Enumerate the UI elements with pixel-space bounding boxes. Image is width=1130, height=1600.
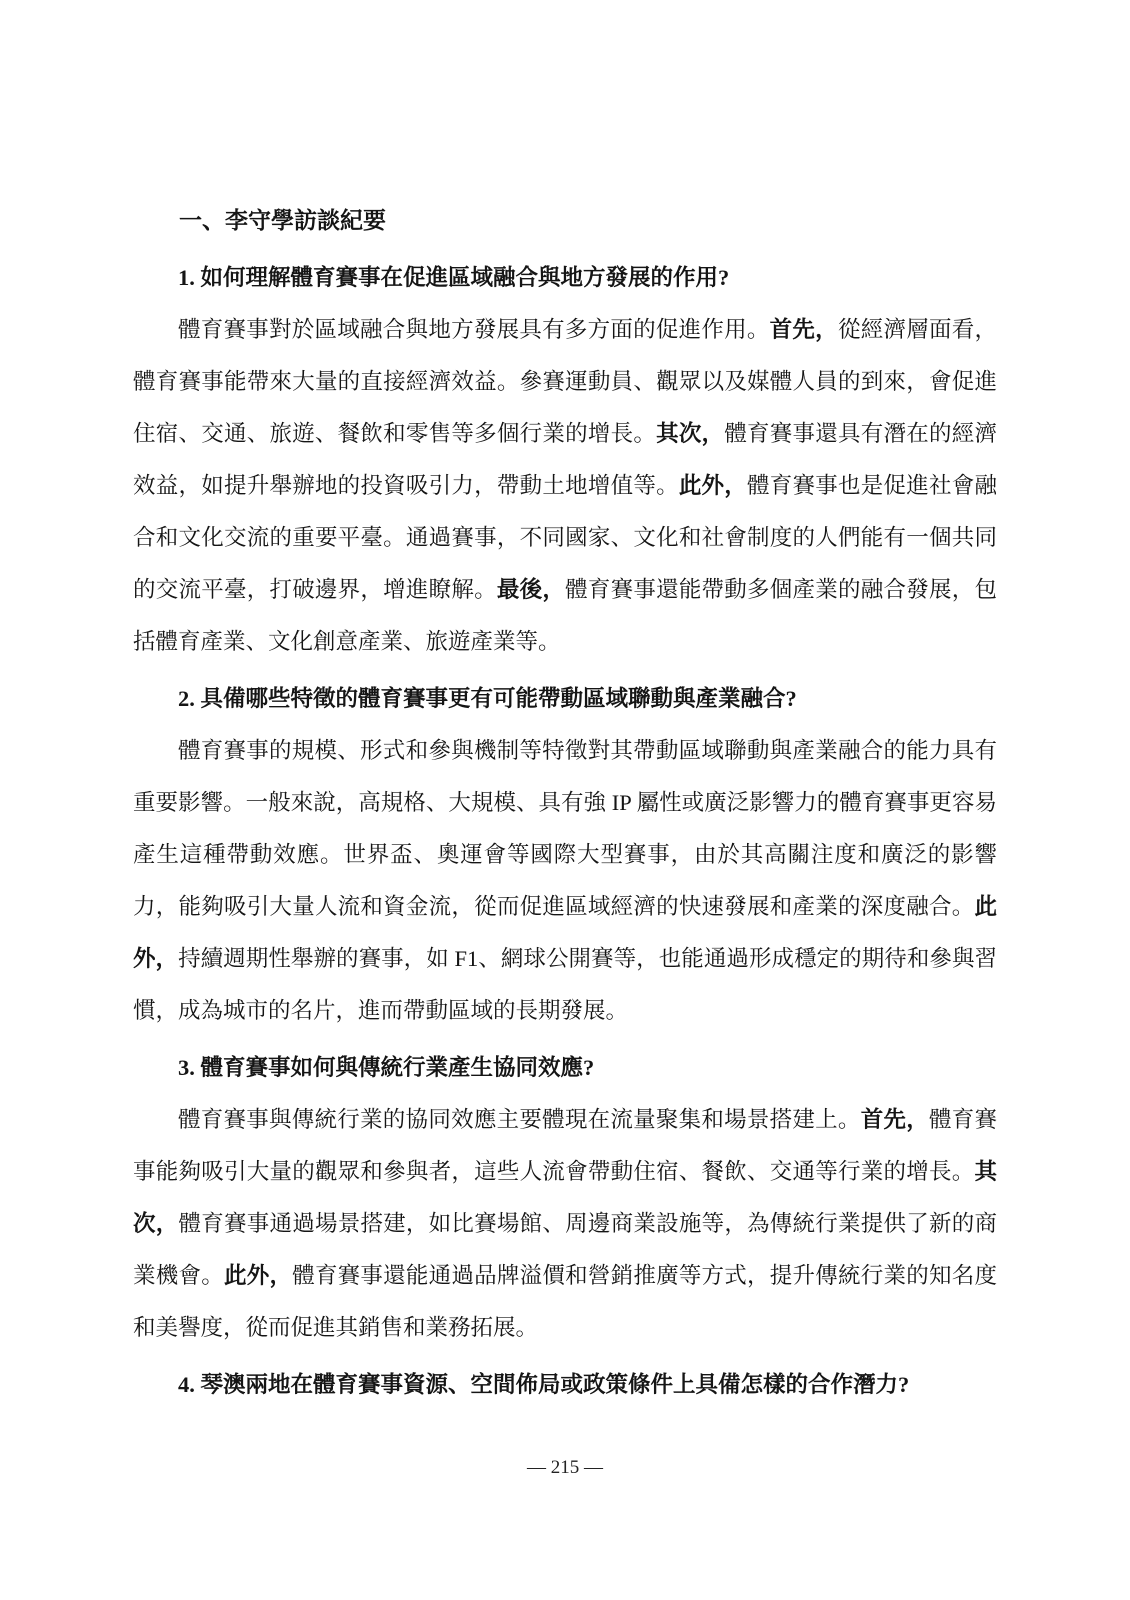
document-sections: 1. 如何理解體育賽事在促進區域融合與地方發展的作用?體育賽事對於區域融合與地方… xyxy=(133,252,997,1411)
body-text: 持續週期性舉辦的賽事，如 F1、網球公開賽等，也能通過形成穩定的期待和參與習慣，… xyxy=(133,946,997,1023)
emphasized-text: 此外， xyxy=(679,473,747,498)
question-heading: 4. 琴澳兩地在體育賽事資源、空間佈局或政策條件上具備怎樣的合作潛力? xyxy=(133,1359,997,1411)
answer-paragraph: 體育賽事對於區域融合與地方發展具有多方面的促進作用。首先，從經濟層面看，體育賽事… xyxy=(133,304,997,668)
emphasized-text: 最後， xyxy=(497,577,565,602)
emphasized-text: 此外， xyxy=(224,1263,292,1288)
document-page: 一、李守學訪談紀要 1. 如何理解體育賽事在促進區域融合與地方發展的作用?體育賽… xyxy=(0,0,1130,1600)
emphasized-text: 其次， xyxy=(656,421,724,446)
page-footer: — 215 — xyxy=(0,1456,1130,1480)
question-heading: 1. 如何理解體育賽事在促進區域融合與地方發展的作用? xyxy=(133,252,997,304)
emphasized-text: 首先， xyxy=(770,317,838,342)
emphasized-text: 首先， xyxy=(861,1107,929,1132)
question-heading: 3. 體育賽事如何與傳統行業產生協同效應? xyxy=(133,1042,997,1094)
question-heading: 2. 具備哪些特徵的體育賽事更有可能帶動區域聯動與產業融合? xyxy=(133,673,997,725)
document-title: 一、李守學訪談紀要 xyxy=(133,195,997,247)
answer-paragraph: 體育賽事與傳統行業的協同效應主要體現在流量聚集和場景搭建上。首先，體育賽事能夠吸… xyxy=(133,1094,997,1354)
document-body: 一、李守學訪談紀要 1. 如何理解體育賽事在促進區域融合與地方發展的作用?體育賽… xyxy=(133,195,997,1411)
body-text: 體育賽事與傳統行業的協同效應主要體現在流量聚集和場景搭建上。 xyxy=(178,1107,861,1132)
body-text: 體育賽事的規模、形式和參與機制等特徵對其帶動區域聯動與產業融合的能力具有重要影響… xyxy=(133,738,997,919)
body-text: 體育賽事對於區域融合與地方發展具有多方面的促進作用。 xyxy=(178,317,770,342)
page-number: — 215 — xyxy=(527,1457,603,1478)
answer-paragraph: 體育賽事的規模、形式和參與機制等特徵對其帶動區域聯動與產業融合的能力具有重要影響… xyxy=(133,725,997,1037)
